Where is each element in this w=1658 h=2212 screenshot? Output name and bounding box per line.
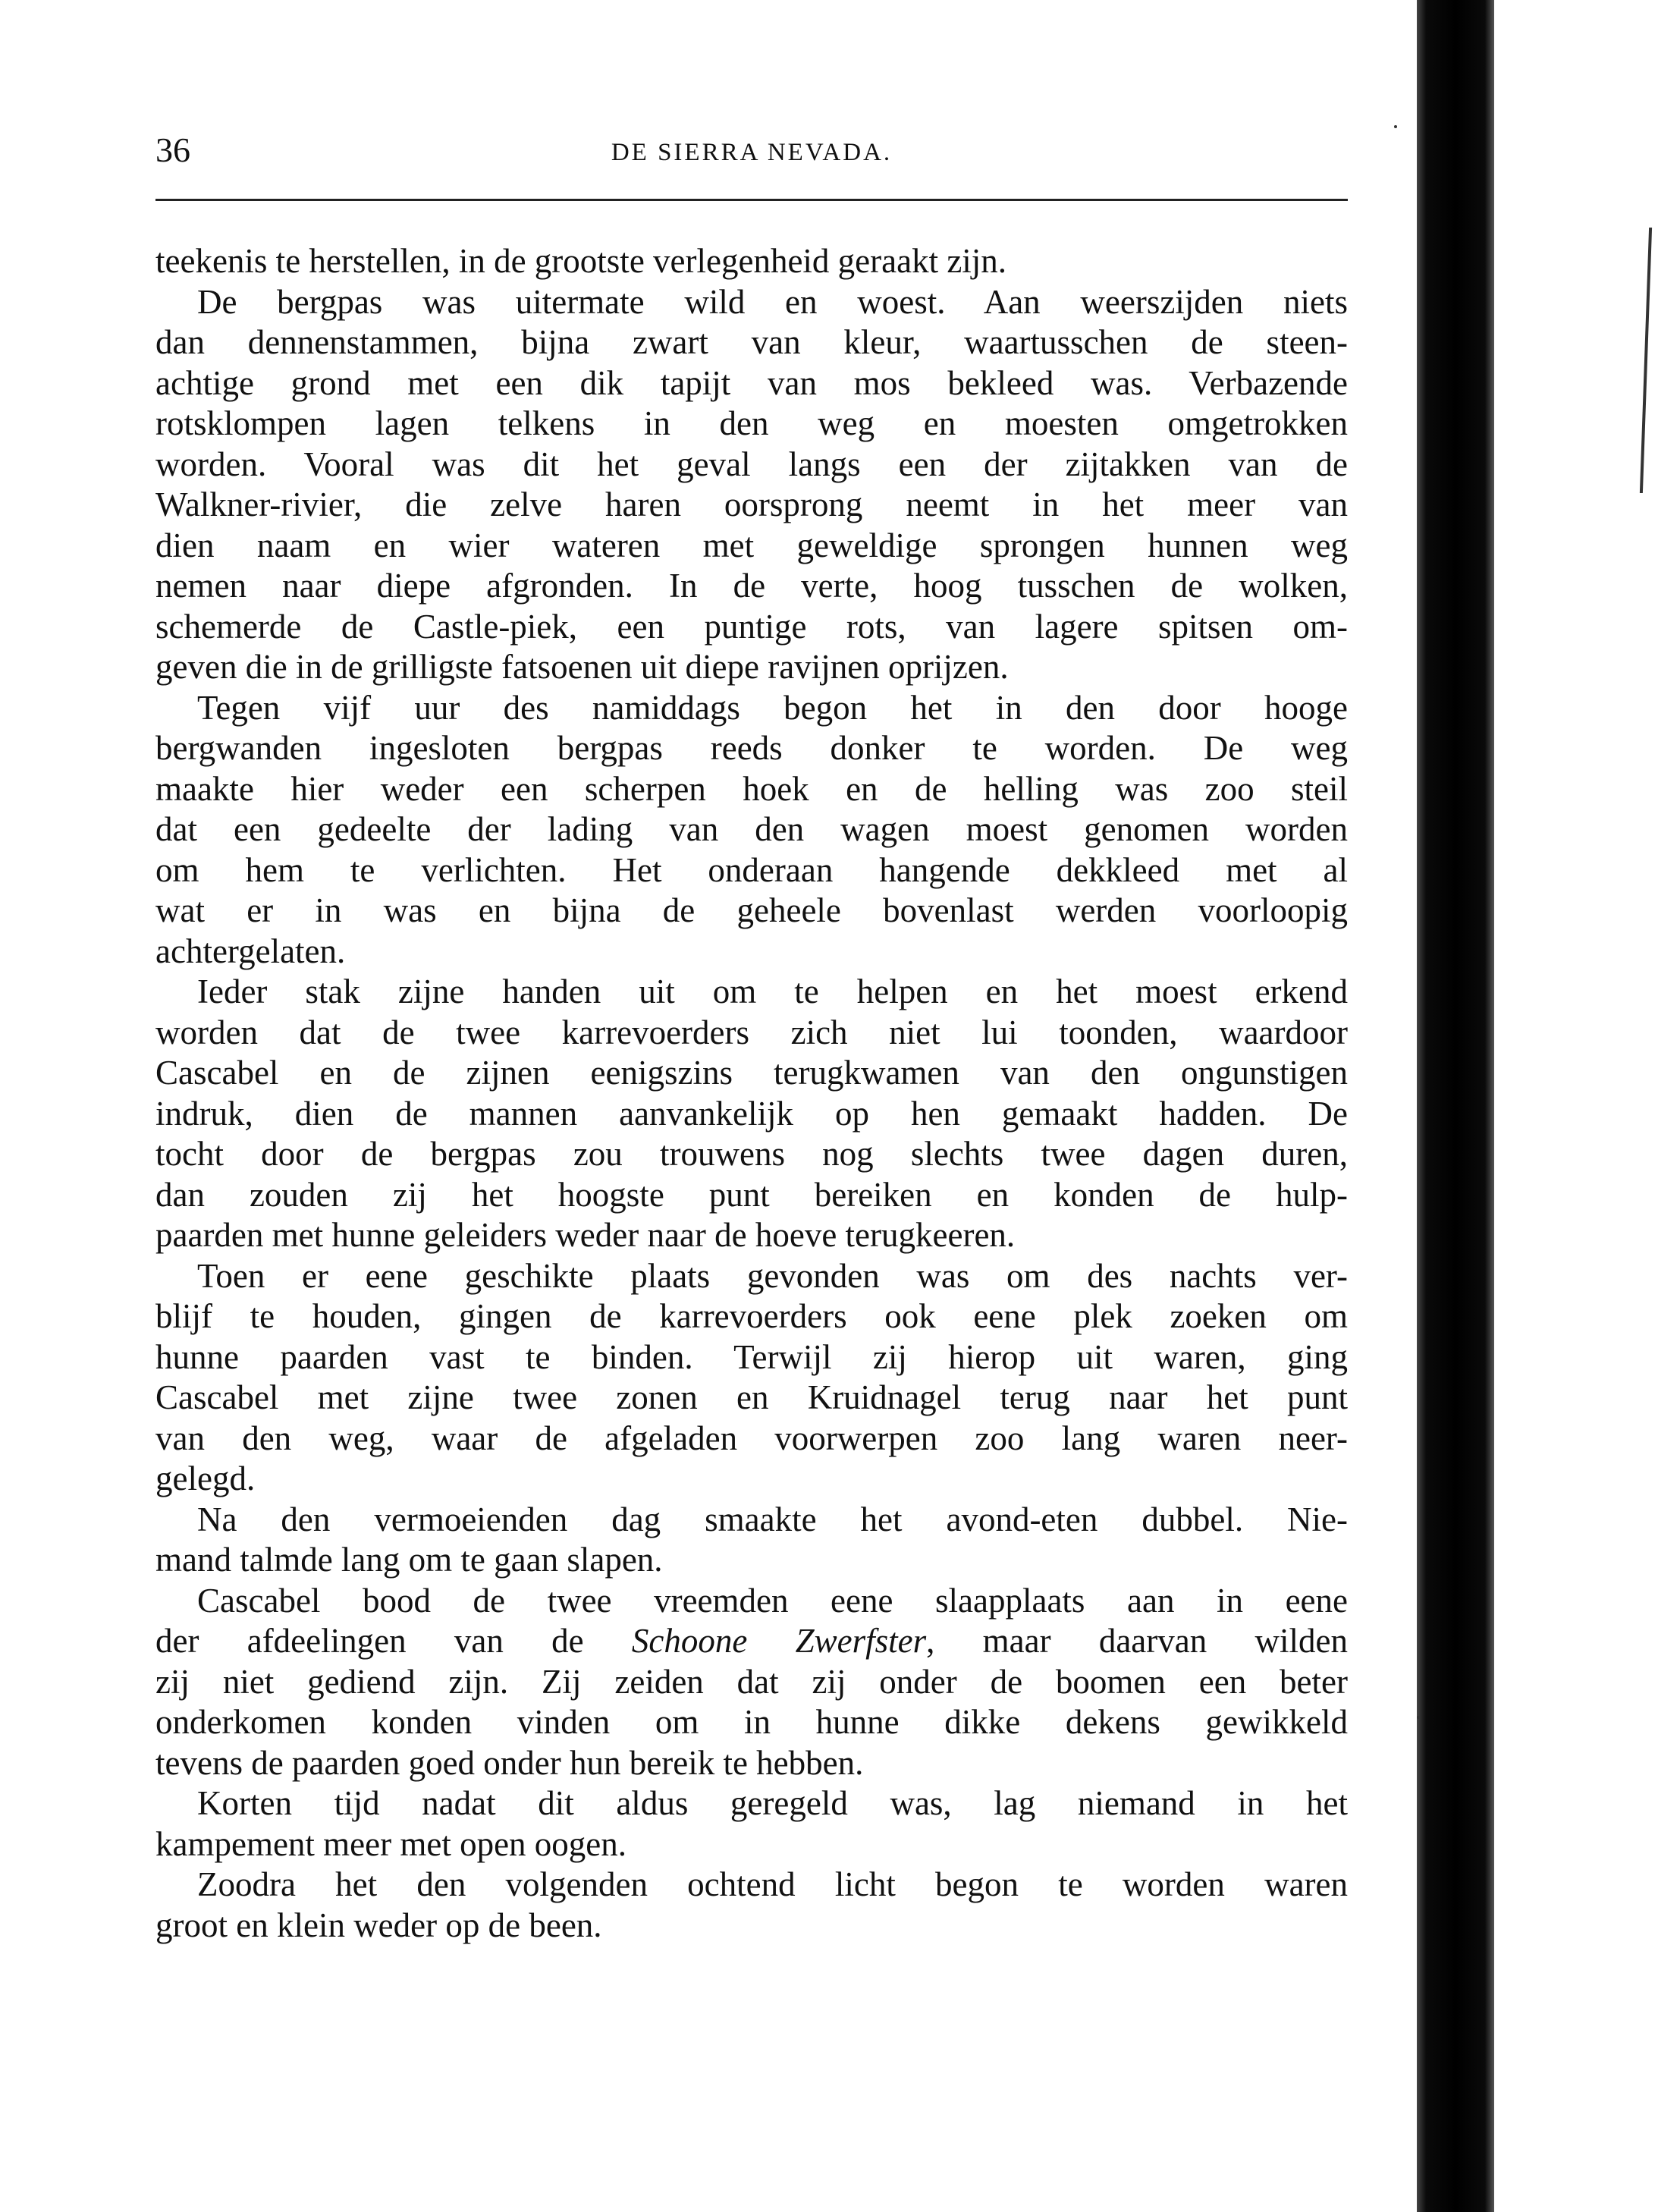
text-line: geven die in de grilligste fatsoenen uit… (155, 647, 1348, 688)
text-line: dan dennenstammen, bijna zwart van kleur… (155, 322, 1348, 363)
paragraph: Zoodra het den volgenden ochtend licht b… (155, 1865, 1348, 1946)
text-line: achtige grond met een dik tapijt van mos… (155, 363, 1348, 404)
text-line: tocht door de bergpas zou trouwens nog s… (155, 1134, 1348, 1175)
book-page: 36 DE SIERRA NEVADA. teekenis te herstel… (0, 0, 1658, 2212)
text-line: wat er in was en bijna de geheele bovenl… (155, 891, 1348, 932)
book-binding-shadow (1417, 0, 1494, 2212)
text-line: Cascabel met zijne twee zonen en Kruidna… (155, 1378, 1348, 1419)
paragraph: Ieder stak zijne handen uit om te helpen… (155, 972, 1348, 1256)
text-line: schemerde de Castle-piek, een puntige ro… (155, 607, 1348, 648)
text-line: Tegen vijf uur des namiddags begon het i… (155, 688, 1348, 729)
text-line: maakte hier weder een scherpen hoek en d… (155, 769, 1348, 810)
text-line: groot en klein weder op de been. (155, 1906, 1348, 1946)
text-line: Walkner-rivier, die zelve haren oorspron… (155, 485, 1348, 526)
paragraph: Korten tijd nadat dit aldus geregeld was… (155, 1783, 1348, 1865)
text-line: De bergpas was uitermate wild en woest. … (155, 282, 1348, 323)
text-line: dien naam en wier wateren met geweldige … (155, 526, 1348, 567)
text-line: Cascabel bood de twee vreemden eene slaa… (155, 1581, 1348, 1622)
text-line: der afdeelingen van de Schoone Zwerfster… (155, 1621, 1348, 1662)
text-line: Korten tijd nadat dit aldus geregeld was… (155, 1783, 1348, 1824)
text-line: paarden met hunne geleiders weder naar d… (155, 1215, 1348, 1256)
text-line: worden dat de twee karrevoerders zich ni… (155, 1013, 1348, 1054)
text-line: indruk, dien de mannen aanvankelijk op h… (155, 1094, 1348, 1135)
scan-speck (1394, 125, 1397, 128)
header-rule (155, 199, 1348, 201)
text-line: Cascabel en de zijnen eenigszins terugkw… (155, 1053, 1348, 1094)
text-line: bergwanden ingesloten bergpas reeds donk… (155, 728, 1348, 769)
page-header: 36 DE SIERRA NEVADA. (155, 127, 1348, 181)
text-line: rotsklompen lagen telkens in den weg en … (155, 404, 1348, 445)
text-line: om hem te verlichten. Het onderaan hange… (155, 850, 1348, 891)
paragraph: De bergpas was uitermate wild en woest. … (155, 282, 1348, 688)
text-line: Zoodra het den volgenden ochtend licht b… (155, 1865, 1348, 1906)
text-line: onderkomen konden vinden om in hunne dik… (155, 1702, 1348, 1743)
page-edge-mark (1640, 228, 1652, 493)
text-line: tevens de paarden goed onder hun bereik … (155, 1743, 1348, 1784)
text-line: nemen naar diepe afgronden. In de verte,… (155, 566, 1348, 607)
text-line: dan zouden zij het hoogste punt bereiken… (155, 1175, 1348, 1216)
text-line: blijf te houden, gingen de karrevoerders… (155, 1296, 1348, 1337)
paragraph: teekenis te herstellen, in de grootste v… (155, 241, 1348, 282)
text-line: hunne paarden vast te binden. Terwijl zi… (155, 1337, 1348, 1378)
text-line: gelegd. (155, 1459, 1348, 1500)
scan-speck (1417, 1716, 1420, 1719)
paragraph: Cascabel bood de twee vreemden eene slaa… (155, 1581, 1348, 1784)
text-line: van den weg, waar de afgeladen voorwerpe… (155, 1419, 1348, 1459)
text-line: kampement meer met open oogen. (155, 1824, 1348, 1865)
text-line: zij niet gediend zijn. Zij zeiden dat zi… (155, 1662, 1348, 1703)
text-line: dat een gedeelte der lading van den wage… (155, 809, 1348, 850)
text-line: worden. Vooral was dit het geval langs e… (155, 445, 1348, 485)
running-title: DE SIERRA NEVADA. (155, 134, 1348, 171)
italic-title: Schoone Zwerfster (632, 1622, 926, 1660)
text-line: Na den vermoeienden dag smaakte het avon… (155, 1500, 1348, 1541)
text-line: mand talmde lang om te gaan slapen. (155, 1540, 1348, 1581)
paragraph: Na den vermoeienden dag smaakte het avon… (155, 1500, 1348, 1581)
body-text: teekenis te herstellen, in de grootste v… (155, 241, 1348, 1946)
text-line: Toen er eene geschikte plaats gevonden w… (155, 1256, 1348, 1297)
paragraph: Tegen vijf uur des namiddags begon het i… (155, 688, 1348, 972)
paragraph: Toen er eene geschikte plaats gevonden w… (155, 1256, 1348, 1500)
text-line: teekenis te herstellen, in de grootste v… (155, 241, 1348, 282)
text-line: Ieder stak zijne handen uit om te helpen… (155, 972, 1348, 1013)
text-line: achtergelaten. (155, 932, 1348, 972)
